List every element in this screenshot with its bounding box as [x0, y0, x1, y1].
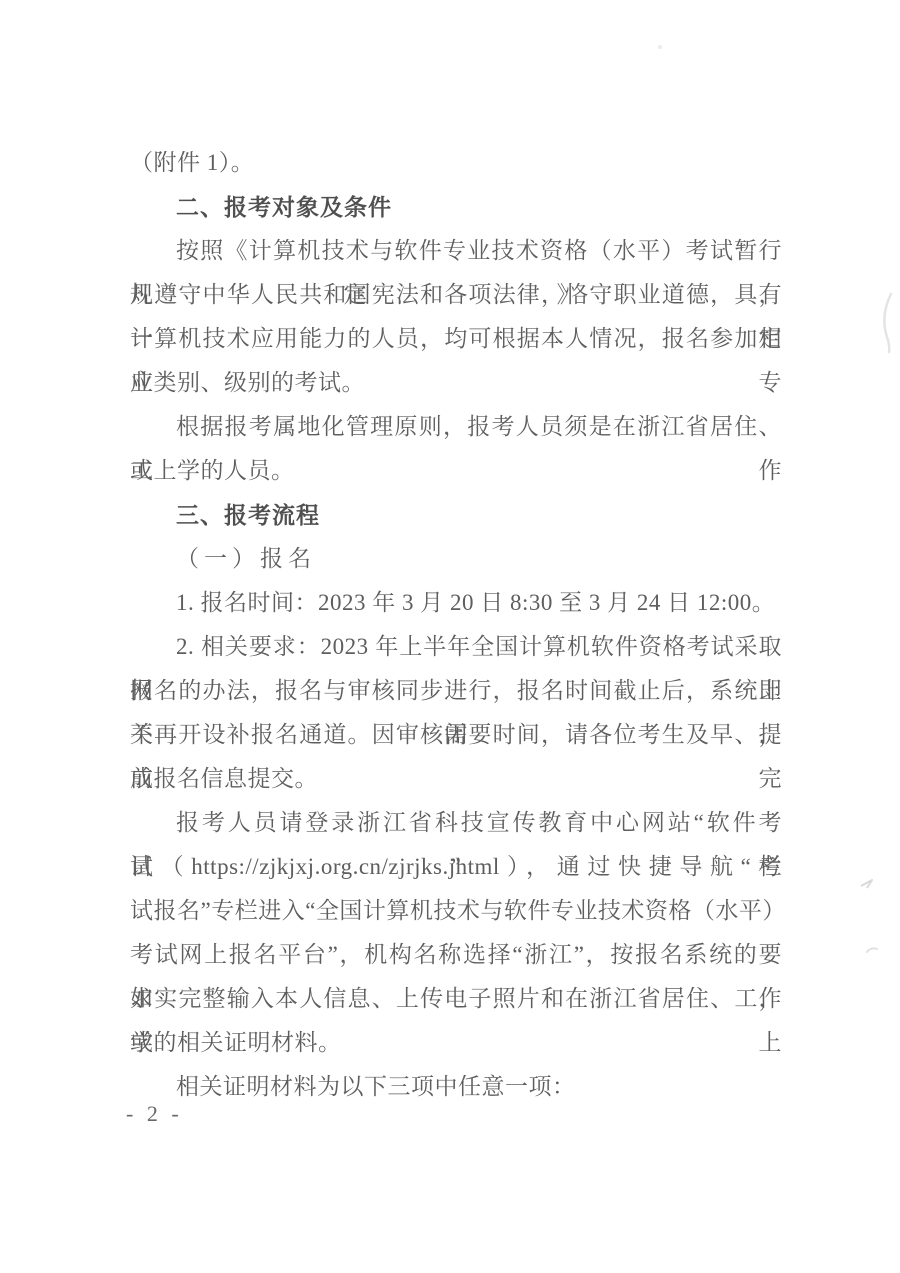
scan-artifact-mark: [860, 877, 876, 891]
section-heading-2: 二、报考对象及条件: [130, 185, 782, 229]
scan-speck: [658, 45, 662, 49]
paragraph-line: 1. 报名时间：2023 年 3 月 20 日 8:30 至 3 月 24 日 …: [130, 581, 782, 625]
document-body: （附件 1）。 二、报考对象及条件 按照《计算机技术与软件专业技术资格（水平）考…: [130, 141, 782, 1109]
paragraph-line: 考试网上报名平台”，机构名称选择“浙江”，按报名系统的要求，: [130, 933, 782, 977]
paragraph-line: 报考人员请登录浙江省科技宣传教育中心网站“软件考试”栏: [130, 801, 782, 845]
paragraph-line-url: 目（https://zjkjxj.org.cn/zjrjks.jhtml），通过…: [130, 845, 782, 889]
paragraph-line: 如实完整输入本人信息、上传电子照片和在浙江省居住、工作或上: [130, 977, 782, 1021]
paragraph-line: 试报名”专栏进入“全国计算机技术与软件专业技术资格（水平）: [130, 889, 782, 933]
scan-artifact-dash: [866, 946, 878, 954]
paragraph-line: 相关证明材料为以下三项中任意一项：: [130, 1065, 782, 1109]
paragraph-line: 2. 相关要求：2023 年上半年全国计算机软件资格考试采取网上: [130, 625, 782, 669]
scanned-document-page: （附件 1）。 二、报考对象及条件 按照《计算机技术与软件专业技术资格（水平）考…: [0, 0, 900, 1273]
page-number: - 2 -: [126, 1100, 183, 1128]
paragraph-line: 计算机技术应用能力的人员，均可根据本人情况，报名参加相应专: [130, 317, 782, 361]
section-heading-3: 三、报考流程: [130, 493, 782, 537]
scan-artifact-curve: [879, 292, 895, 354]
subsection-heading: （一）报名: [130, 537, 782, 581]
paragraph-line: 不再开设补报名通道。因审核需要时间，请各位考生及早、提前完: [130, 713, 782, 757]
paragraph-line: 根据报考属地化管理原则，报考人员须是在浙江省居住、工作: [130, 405, 782, 449]
paragraph-line: 报名的办法，报名与审核同步进行，报名时间截止后，系统即关闭，: [130, 669, 782, 713]
paragraph-line: 凡遵守中华人民共和国宪法和各项法律，恪守职业道德，具有一定: [130, 273, 782, 317]
paragraph-line: （附件 1）。: [130, 141, 782, 185]
paragraph-line: 按照《计算机技术与软件专业技术资格（水平）考试暂行规定》，: [130, 229, 782, 273]
